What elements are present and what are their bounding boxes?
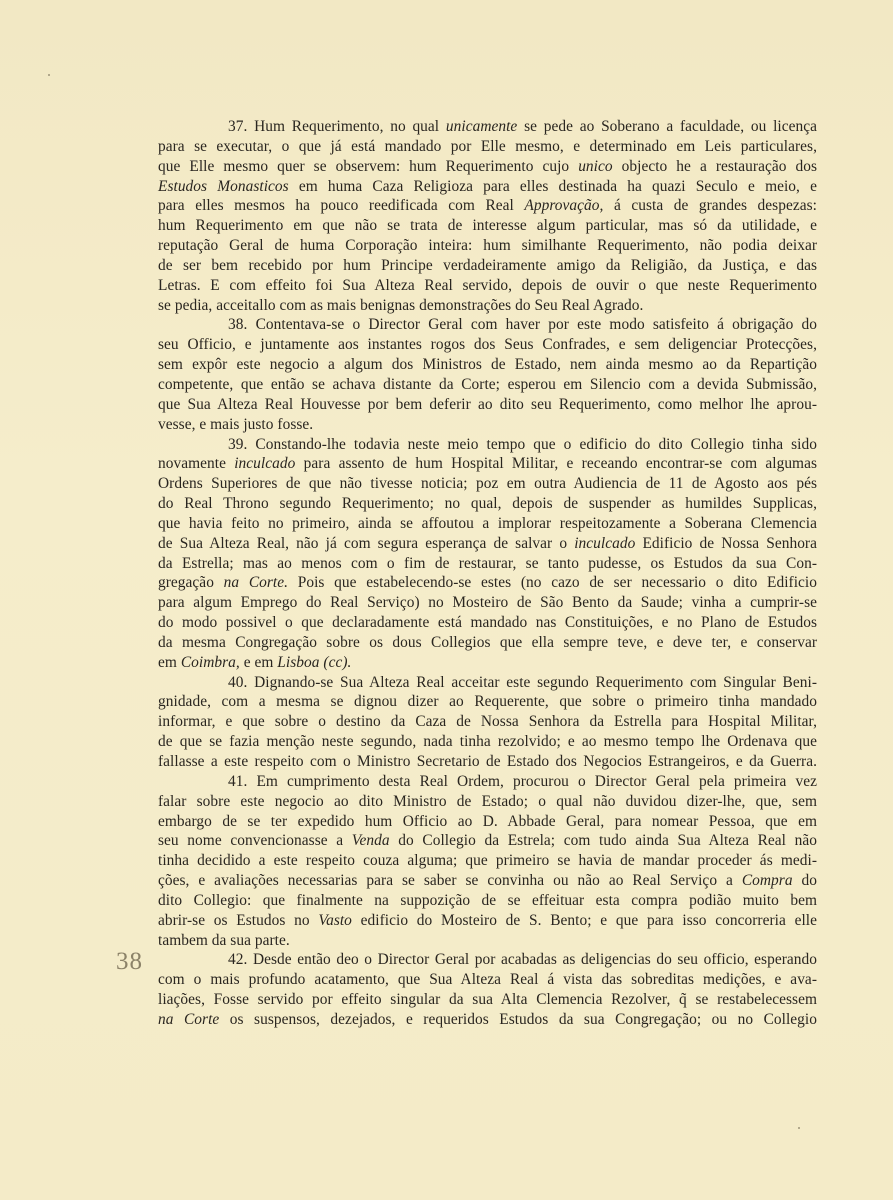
text-segment: competente, que então se achava distante…: [158, 376, 817, 393]
paragraph-first-line: 41. Em cumprimento desta Real Ordem, pro…: [158, 772, 817, 792]
text-segment: Edificio de Nossa Senhora: [635, 535, 817, 552]
text-line: que Sua Alteza Real Houvesse por bem def…: [158, 395, 817, 415]
text-segment: de Sua Alteza Real, não já com segura es…: [158, 535, 574, 552]
text-line: novamente inculcado para assento de hum …: [158, 454, 817, 474]
paragraph-first-line: 39. Constando-lhe todavia neste meio tem…: [158, 435, 817, 455]
text-segment: vesse, e mais justo fosse.: [158, 416, 313, 433]
text-segment: para algum Emprego do Real Serviço) no M…: [158, 594, 817, 611]
paragraph-first-line: 40. Dignando-se Sua Alteza Real acceitar…: [158, 673, 817, 693]
paragraph-first-line: 42. Desde então deo o Director Geral por…: [158, 950, 817, 970]
italic-text: na Corte: [158, 1011, 219, 1028]
text-segment: Ordens Superiores de que não tivesse not…: [158, 475, 817, 492]
text-line: da Estrella; mas ao menos com o fim de r…: [158, 554, 817, 574]
text-segment: em: [158, 654, 181, 671]
text-segment: dito Collegio: que finalmente na suppozi…: [158, 892, 817, 909]
text-line: tinha decidido a este respeito couza alg…: [158, 851, 817, 871]
text-line: hum Requerimento em que não se trata de …: [158, 216, 817, 236]
paragraph-first-line: 38. Contentava-se o Director Geral com h…: [158, 315, 817, 335]
text-line: Letras. E com effeito foi Sua Alteza Rea…: [158, 276, 817, 296]
text-line: embargo de se ter expedido hum Officio a…: [158, 812, 817, 832]
italic-text: Lisboa (cc).: [277, 654, 351, 671]
text-line: competente, que então se achava distante…: [158, 375, 817, 395]
text-line: do Real Throno segundo Requerimento; no …: [158, 494, 817, 514]
text-segment: reputação Geral de huma Corporação intei…: [158, 237, 817, 254]
text-line: da mesma Congregação sobre os dous Colle…: [158, 633, 817, 653]
text-segment: Pois que estabelecendo-se estes (no cazo…: [288, 574, 817, 591]
text-line: fallasse a este respeito com o Ministro …: [158, 752, 817, 772]
paper-speck: [798, 1127, 800, 1129]
italic-text: inculcado: [574, 535, 635, 552]
text-line: que Elle mesmo quer se observem: hum Req…: [158, 157, 817, 177]
italic-text: Compra: [742, 872, 793, 889]
text-segment: de ser bem recebido por hum Principe ver…: [158, 257, 817, 274]
text-segment: do Real Throno segundo Requerimento; no …: [158, 495, 817, 512]
italic-text: Coimbra,: [181, 654, 240, 671]
italic-text: inculcado: [234, 455, 295, 472]
text-segment: informar, e que sobre o destino da Caza …: [158, 713, 817, 730]
text-segment: 41. Em cumprimento desta Real Ordem, pro…: [228, 773, 817, 790]
text-segment: do modo possivel o que declaradamente es…: [158, 614, 817, 631]
text-line: que havia feito no primeiro, ainda se af…: [158, 514, 817, 534]
text-segment: objecto he a restauração dos: [613, 158, 817, 175]
italic-text: Approvação,: [524, 197, 603, 214]
text-segment: sem expôr este negocio a algum dos Minis…: [158, 356, 817, 373]
text-line: tambem da sua parte.: [158, 931, 817, 951]
text-segment: com o mais profundo acatamento, que Sua …: [158, 971, 817, 988]
text-line: seu nome convencionasse a Venda do Colle…: [158, 831, 817, 851]
text-line: reputação Geral de huma Corporação intei…: [158, 236, 817, 256]
text-segment: embargo de se ter expedido hum Officio a…: [158, 813, 817, 830]
text-segment: novamente: [158, 455, 234, 472]
text-segment: gregação: [158, 574, 224, 591]
text-segment: os suspensos, dezejados, e requeridos Es…: [219, 1011, 817, 1028]
margin-page-number: 38: [116, 948, 143, 976]
text-line: seu Officio, e juntamente aos instantes …: [158, 335, 817, 355]
text-segment: e em: [240, 654, 277, 671]
text-segment: que Elle mesmo quer se observem: hum Req…: [158, 158, 578, 175]
text-line: para algum Emprego do Real Serviço) no M…: [158, 593, 817, 613]
text-segment: 37. Hum Requerimento, no qual: [228, 118, 446, 135]
text-line: abrir-se os Estudos no Vasto edificio do…: [158, 911, 817, 931]
text-segment: 39. Constando-lhe todavia neste meio tem…: [228, 436, 817, 453]
text-line: para se executar, o que já está mandado …: [158, 137, 817, 157]
text-segment: 40. Dignando-se Sua Alteza Real acceitar…: [228, 674, 817, 691]
italic-text: Venda: [352, 832, 390, 849]
text-segment: abrir-se os Estudos no: [158, 912, 318, 929]
text-segment: para assento de hum Hospital Militar, e …: [295, 455, 817, 472]
text-line: liações, Fosse servido por effeito singu…: [158, 990, 817, 1010]
text-segment: que Sua Alteza Real Houvesse por bem def…: [158, 396, 817, 413]
text-segment: que havia feito no primeiro, ainda se af…: [158, 515, 817, 532]
italic-text: unicamente: [446, 118, 517, 135]
text-segment: em huma Caza Religioza para elles destin…: [289, 178, 817, 195]
text-segment: gnidade, com a mesma se dignou dizer ao …: [158, 693, 817, 710]
text-segment: falar sobre este negocio ao dito Ministr…: [158, 793, 817, 810]
text-segment: do Collegio da Estrela; com tudo ainda S…: [390, 832, 817, 849]
text-segment: edificio do Mosteiro de S. Bento; e que …: [352, 912, 817, 929]
text-segment: da mesma Congregação sobre os dous Colle…: [158, 634, 817, 651]
text-segment: 42. Desde então deo o Director Geral por…: [228, 951, 817, 968]
text-segment: fallasse a este respeito com o Ministro …: [158, 753, 817, 770]
text-line: gregação na Corte. Pois que estabelecend…: [158, 573, 817, 593]
text-segment: tinha decidido a este respeito couza alg…: [158, 852, 817, 869]
text-line: em Coimbra, e em Lisboa (cc).: [158, 653, 817, 673]
paper-speck: [48, 74, 50, 76]
text-segment: seu nome convencionasse a: [158, 832, 352, 849]
text-line: de Sua Alteza Real, não já com segura es…: [158, 534, 817, 554]
text-line: falar sobre este negocio ao dito Ministr…: [158, 792, 817, 812]
text-line: se pedia, acceitallo com as mais benigna…: [158, 296, 817, 316]
text-line: gnidade, com a mesma se dignou dizer ao …: [158, 692, 817, 712]
text-segment: do: [793, 872, 817, 889]
italic-text: unico: [578, 158, 612, 175]
text-segment: seu Officio, e juntamente aos instantes …: [158, 336, 817, 353]
text-line: Ordens Superiores de que não tivesse not…: [158, 474, 817, 494]
text-segment: para elles mesmos ha pouco reedificada c…: [158, 197, 524, 214]
text-segment: se pedia, acceitallo com as mais benigna…: [158, 297, 643, 314]
document-page: 37. Hum Requerimento, no qual unicamente…: [0, 0, 893, 1200]
text-segment: á custa de grandes despezas:: [603, 197, 817, 214]
text-line: informar, e que sobre o destino da Caza …: [158, 712, 817, 732]
text-segment: se pede ao Soberano a faculdade, ou lice…: [517, 118, 817, 135]
text-line: ções, e avaliações necessarias para se s…: [158, 871, 817, 891]
text-segment: liações, Fosse servido por effeito singu…: [158, 991, 817, 1008]
text-line: com o mais profundo acatamento, que Sua …: [158, 970, 817, 990]
text-segment: ções, e avaliações necessarias para se s…: [158, 872, 742, 889]
text-line: do modo possivel o que declaradamente es…: [158, 613, 817, 633]
text-line: na Corte os suspensos, dezejados, e requ…: [158, 1010, 817, 1030]
paragraph-first-line: 37. Hum Requerimento, no qual unicamente…: [158, 117, 817, 137]
text-line: de que se fazia menção neste segundo, na…: [158, 732, 817, 752]
text-segment: de que se fazia menção neste segundo, na…: [158, 733, 817, 750]
text-line: para elles mesmos ha pouco reedificada c…: [158, 196, 817, 216]
text-segment: Letras. E com effeito foi Sua Alteza Rea…: [158, 277, 817, 294]
text-segment: tambem da sua parte.: [158, 932, 290, 949]
text-segment: da Estrella; mas ao menos com o fim de r…: [158, 555, 817, 572]
text-line: vesse, e mais justo fosse.: [158, 415, 817, 435]
text-segment: 38. Contentava-se o Director Geral com h…: [228, 316, 817, 333]
text-line: de ser bem recebido por hum Principe ver…: [158, 256, 817, 276]
text-segment: para se executar, o que já está mandado …: [158, 138, 817, 155]
text-line: Estudos Monasticos em huma Caza Religioz…: [158, 177, 817, 197]
text-line: dito Collegio: que finalmente na suppozi…: [158, 891, 817, 911]
text-segment: hum Requerimento em que não se trata de …: [158, 217, 817, 234]
italic-text: Estudos Monasticos: [158, 178, 289, 195]
body-text: 37. Hum Requerimento, no qual unicamente…: [158, 117, 817, 1030]
italic-text: Vasto: [318, 912, 352, 929]
italic-text: na Corte.: [224, 574, 288, 591]
text-line: sem expôr este negocio a algum dos Minis…: [158, 355, 817, 375]
